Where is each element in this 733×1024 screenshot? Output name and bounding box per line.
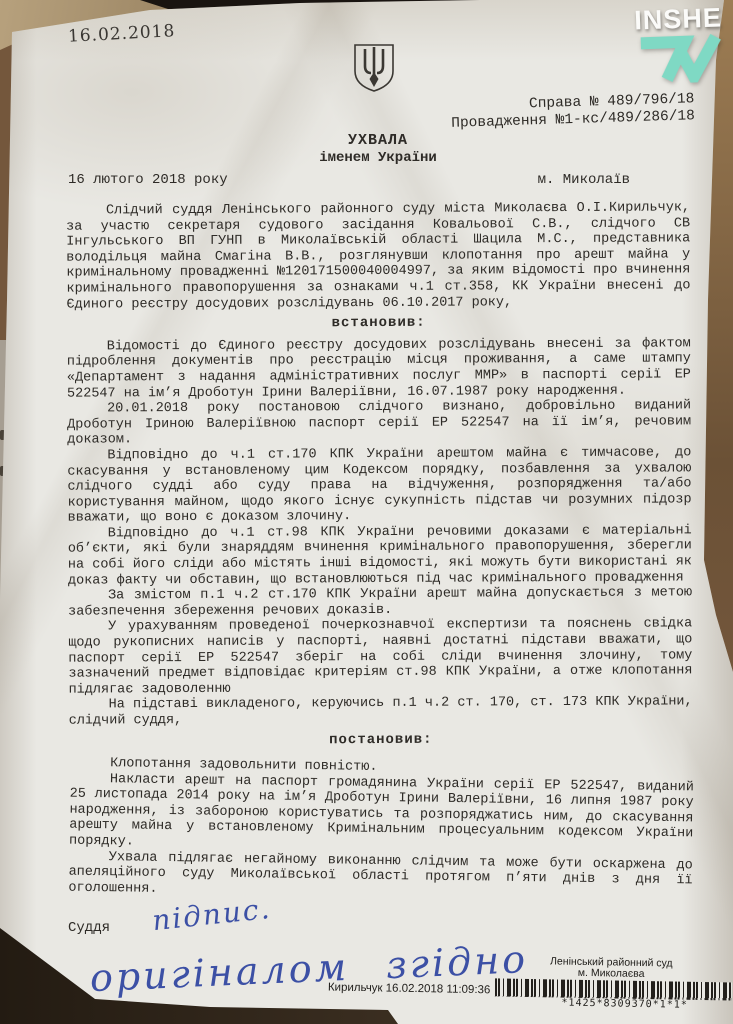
case-numbers: Справа № 489/796/18 Провадження №1-кс/48…	[451, 91, 696, 133]
stamped-date: 16.02.2018	[68, 21, 176, 47]
judge-label: Суддя	[68, 920, 110, 936]
stamp-clerk-datetime: Кирильчук 16.02.2018 11:09:36	[328, 981, 491, 996]
document-paragraph: Відомості до Єдиного реєстру досудових р…	[67, 336, 691, 402]
document-page: 16.02.2018 Справа № 489/796/18 Проваджен…	[0, 0, 733, 1024]
document-paragraph: За змістом п.1 ч.2 ст.170 КПК України ар…	[68, 586, 692, 620]
photographed-court-document: 16.02.2018 Справа № 489/796/18 Проваджен…	[0, 0, 733, 1024]
judge-signature-handwriting: підпис.	[151, 892, 273, 937]
inshe-tv-watermark: INSHE	[627, 4, 732, 90]
document-paragraph: Ухвала підлягає негайному виконанню слід…	[68, 849, 693, 904]
resolved-section: Клопотання задовольнити повністю.Накласт…	[68, 756, 694, 905]
document-body: Слідчий суддя Ленінського районного суду…	[66, 200, 694, 896]
document-paragraph: Відповідно до ч.1 ст.98 КПК України речо…	[68, 523, 692, 589]
document-subtitle: іменем України	[68, 150, 688, 166]
document-paragraph: Накласти арешт на паспорт громадянина Ук…	[69, 771, 694, 858]
document-paragraph: У урахуванням проведеної почеркознавчої …	[68, 617, 692, 698]
resolved-heading: постановив:	[69, 731, 693, 750]
tv-logo-icon	[627, 27, 731, 90]
established-heading: встановив:	[67, 315, 691, 334]
document-paragraph: Відповідно до ч.1 ст.170 КПК України аре…	[67, 445, 691, 526]
court-registration-stamp: Ленінський районний суд м. Миколаєва Кир…	[328, 952, 733, 1011]
decision-date: 16 лютого 2018 року	[68, 172, 228, 188]
intro-paragraph: Слідчий суддя Ленінського районного суду…	[66, 200, 691, 312]
document-title: УХВАЛА	[68, 132, 688, 149]
city: м. Миколаїв	[538, 172, 688, 188]
established-section: Відомості до Єдиного реєстру досудових р…	[67, 336, 693, 729]
document-paragraph: На підставі викладеного, керуючись п.1 ч…	[69, 695, 693, 729]
date-city-row: м. Миколаїв 16 лютого 2018 року	[68, 172, 688, 188]
ukraine-trident-emblem-icon	[353, 43, 395, 93]
document-paragraph: 20.01.2018 року постановою слідчого визн…	[67, 398, 691, 448]
